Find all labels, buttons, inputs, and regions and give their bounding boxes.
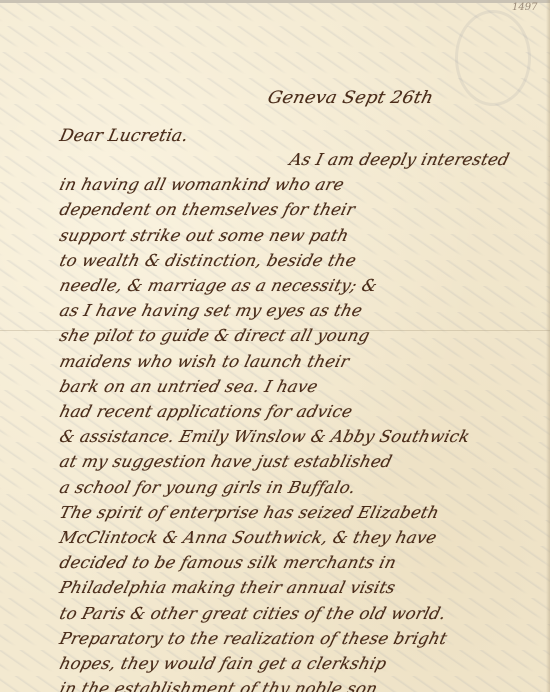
watermark-stamp: [455, 10, 531, 106]
letter-line: McClintock & Anna Southwick, & they have: [58, 528, 439, 547]
letter-line: to Paris & other great cities of the old…: [58, 604, 448, 623]
letter-line: dependent on themselves for their: [58, 200, 358, 219]
letter-line: had recent applications for advice: [58, 402, 355, 421]
letter-page: 1497 Geneva Sept 26th Dear Lucretia. As …: [0, 0, 550, 692]
letter-line: & assistance. Emily Winslow & Abby South…: [58, 427, 472, 446]
letter-line: As I am deeply interested: [288, 150, 512, 169]
letter-line: a school for young girls in Buffalo.: [58, 478, 358, 497]
letter-line: support strike out some new path: [58, 226, 351, 245]
letter-line: decided to be famous silk merchants in: [58, 553, 399, 572]
letter-line: hopes, they would fain get a clerkship: [58, 654, 389, 673]
letter-line: needle, & marriage as a necessity; &: [58, 276, 380, 295]
archive-number: 1497: [512, 2, 537, 13]
letter-line: Philadelphia making their annual visits: [58, 578, 398, 597]
letter-line: Preparatory to the realization of these …: [58, 629, 450, 648]
letter-dateline: Geneva Sept 26th: [266, 88, 436, 108]
letter-line: bark on an untried sea. I have: [58, 377, 320, 396]
letter-line: maidens who wish to launch their: [58, 352, 352, 371]
letter-line: as I have having set my eyes as the: [58, 301, 365, 320]
letter-line: to wealth & distinction, beside the: [58, 251, 359, 270]
letter-line: she pilot to guide & direct all young: [58, 326, 372, 345]
paper-top-edge: [0, 0, 550, 3]
letter-line: in having all womankind who are: [58, 175, 347, 194]
letter-line: The spirit of enterprise has seized Eliz…: [58, 503, 442, 522]
letter-salutation: Dear Lucretia.: [58, 126, 190, 146]
letter-line: at my suggestion have just established: [58, 452, 395, 471]
letter-line: in the establishment of thy noble son: [58, 679, 380, 692]
paper-right-edge: [546, 0, 550, 692]
